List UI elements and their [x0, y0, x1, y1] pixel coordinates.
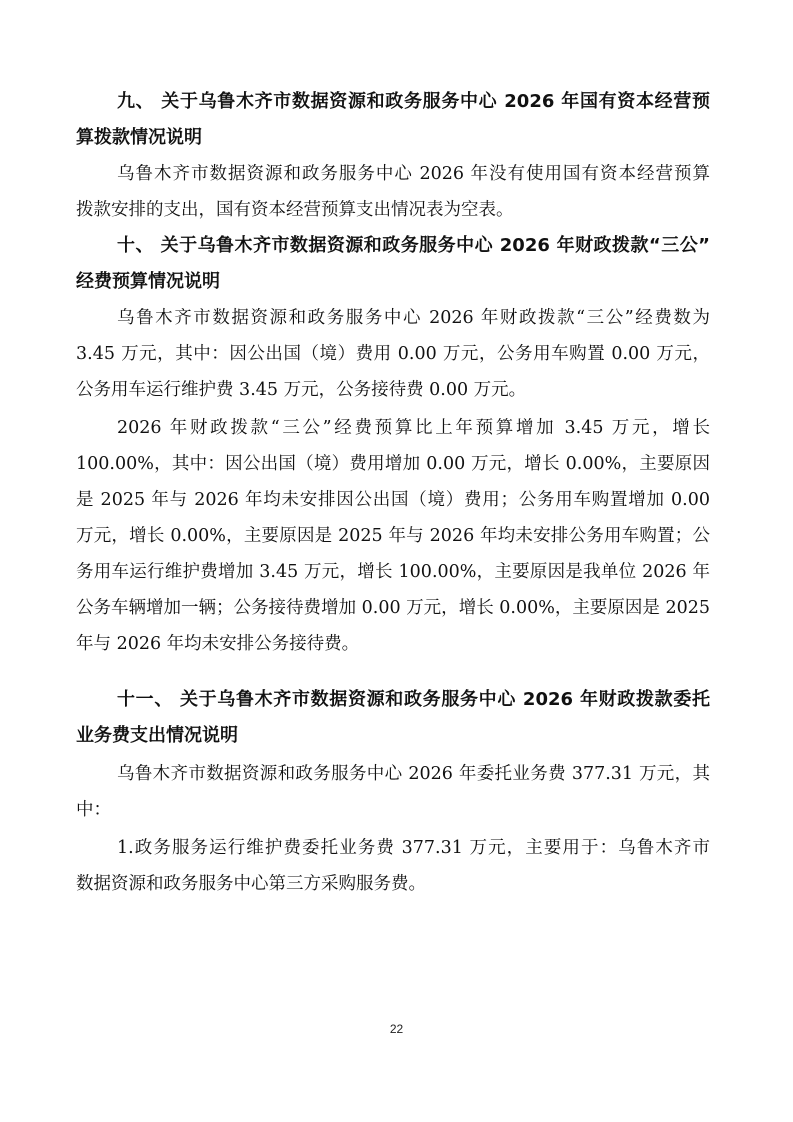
section-10-heading-line-2: 经费预算情况说明	[76, 264, 710, 300]
document-page: 九、 关于乌鲁木齐市数据资源和政务服务中心 2026 年国有资本经营预 算拨款情…	[0, 0, 793, 1122]
section-9-heading-line-1: 九、 关于乌鲁木齐市数据资源和政务服务中心 2026 年国有资本经营预	[117, 84, 710, 120]
section-10-paragraph-2-line: 万元，增长 0.00%，主要原因是 2025 年与 2026 年均未安排公务用车…	[76, 518, 710, 554]
section-11-paragraph-1-line: 乌鲁木齐市数据资源和政务服务中心 2026 年委托业务费 377.31 万元，其	[117, 756, 710, 792]
section-10-paragraph-2-line: 务用车运行维护费增加 3.45 万元，增长 100.00%，主要原因是我单位 2…	[76, 554, 710, 590]
section-11-heading-line-2: 业务费支出情况说明	[76, 718, 710, 754]
section-11-paragraph-1-line: 中：	[76, 792, 710, 828]
section-10-paragraph-1-line: 乌鲁木齐市数据资源和政务服务中心 2026 年财政拨款“三公”经费数为	[117, 300, 710, 336]
section-10-heading-line-1: 十、 关于乌鲁木齐市数据资源和政务服务中心 2026 年财政拨款“三公”	[117, 228, 710, 264]
section-9-heading-line-2: 算拨款情况说明	[76, 120, 710, 156]
section-10-paragraph-2-line: 公务车辆增加一辆；公务接待费增加 0.00 万元，增长 0.00%，主要原因是 …	[76, 590, 710, 626]
section-10-paragraph-2-line: 是 2025 年与 2026 年均未安排因公出国（境）费用；公务用车购置增加 0…	[76, 482, 710, 518]
section-10-paragraph-2-line: 2026 年财政拨款“三公”经费预算比上年预算增加 3.45 万元，增长	[117, 410, 710, 446]
section-11-paragraph-2-line: 数据资源和政务服务中心第三方采购服务费。	[76, 866, 710, 902]
section-9-paragraph-line: 拨款安排的支出，国有资本经营预算支出情况表为空表。	[76, 192, 710, 228]
section-10-paragraph-1-line: 3.45 万元，其中：因公出国（境）费用 0.00 万元，公务用车购置 0.00…	[76, 336, 710, 372]
section-9-paragraph-line: 乌鲁木齐市数据资源和政务服务中心 2026 年没有使用国有资本经营预算	[117, 156, 710, 192]
page-number: 22	[0, 1022, 793, 1036]
section-10-paragraph-2-line: 年与 2026 年均未安排公务接待费。	[76, 626, 710, 662]
section-10-paragraph-2-line: 100.00%，其中：因公出国（境）费用增加 0.00 万元，增长 0.00%，…	[76, 446, 710, 482]
section-11-heading-line-1: 十一、 关于乌鲁木齐市数据资源和政务服务中心 2026 年财政拨款委托	[117, 682, 710, 718]
section-11-paragraph-2-line: 1.政务服务运行维护费委托业务费 377.31 万元，主要用于：乌鲁木齐市	[117, 830, 710, 866]
section-10-paragraph-1-line: 公务用车运行维护费 3.45 万元，公务接待费 0.00 万元。	[76, 372, 710, 408]
